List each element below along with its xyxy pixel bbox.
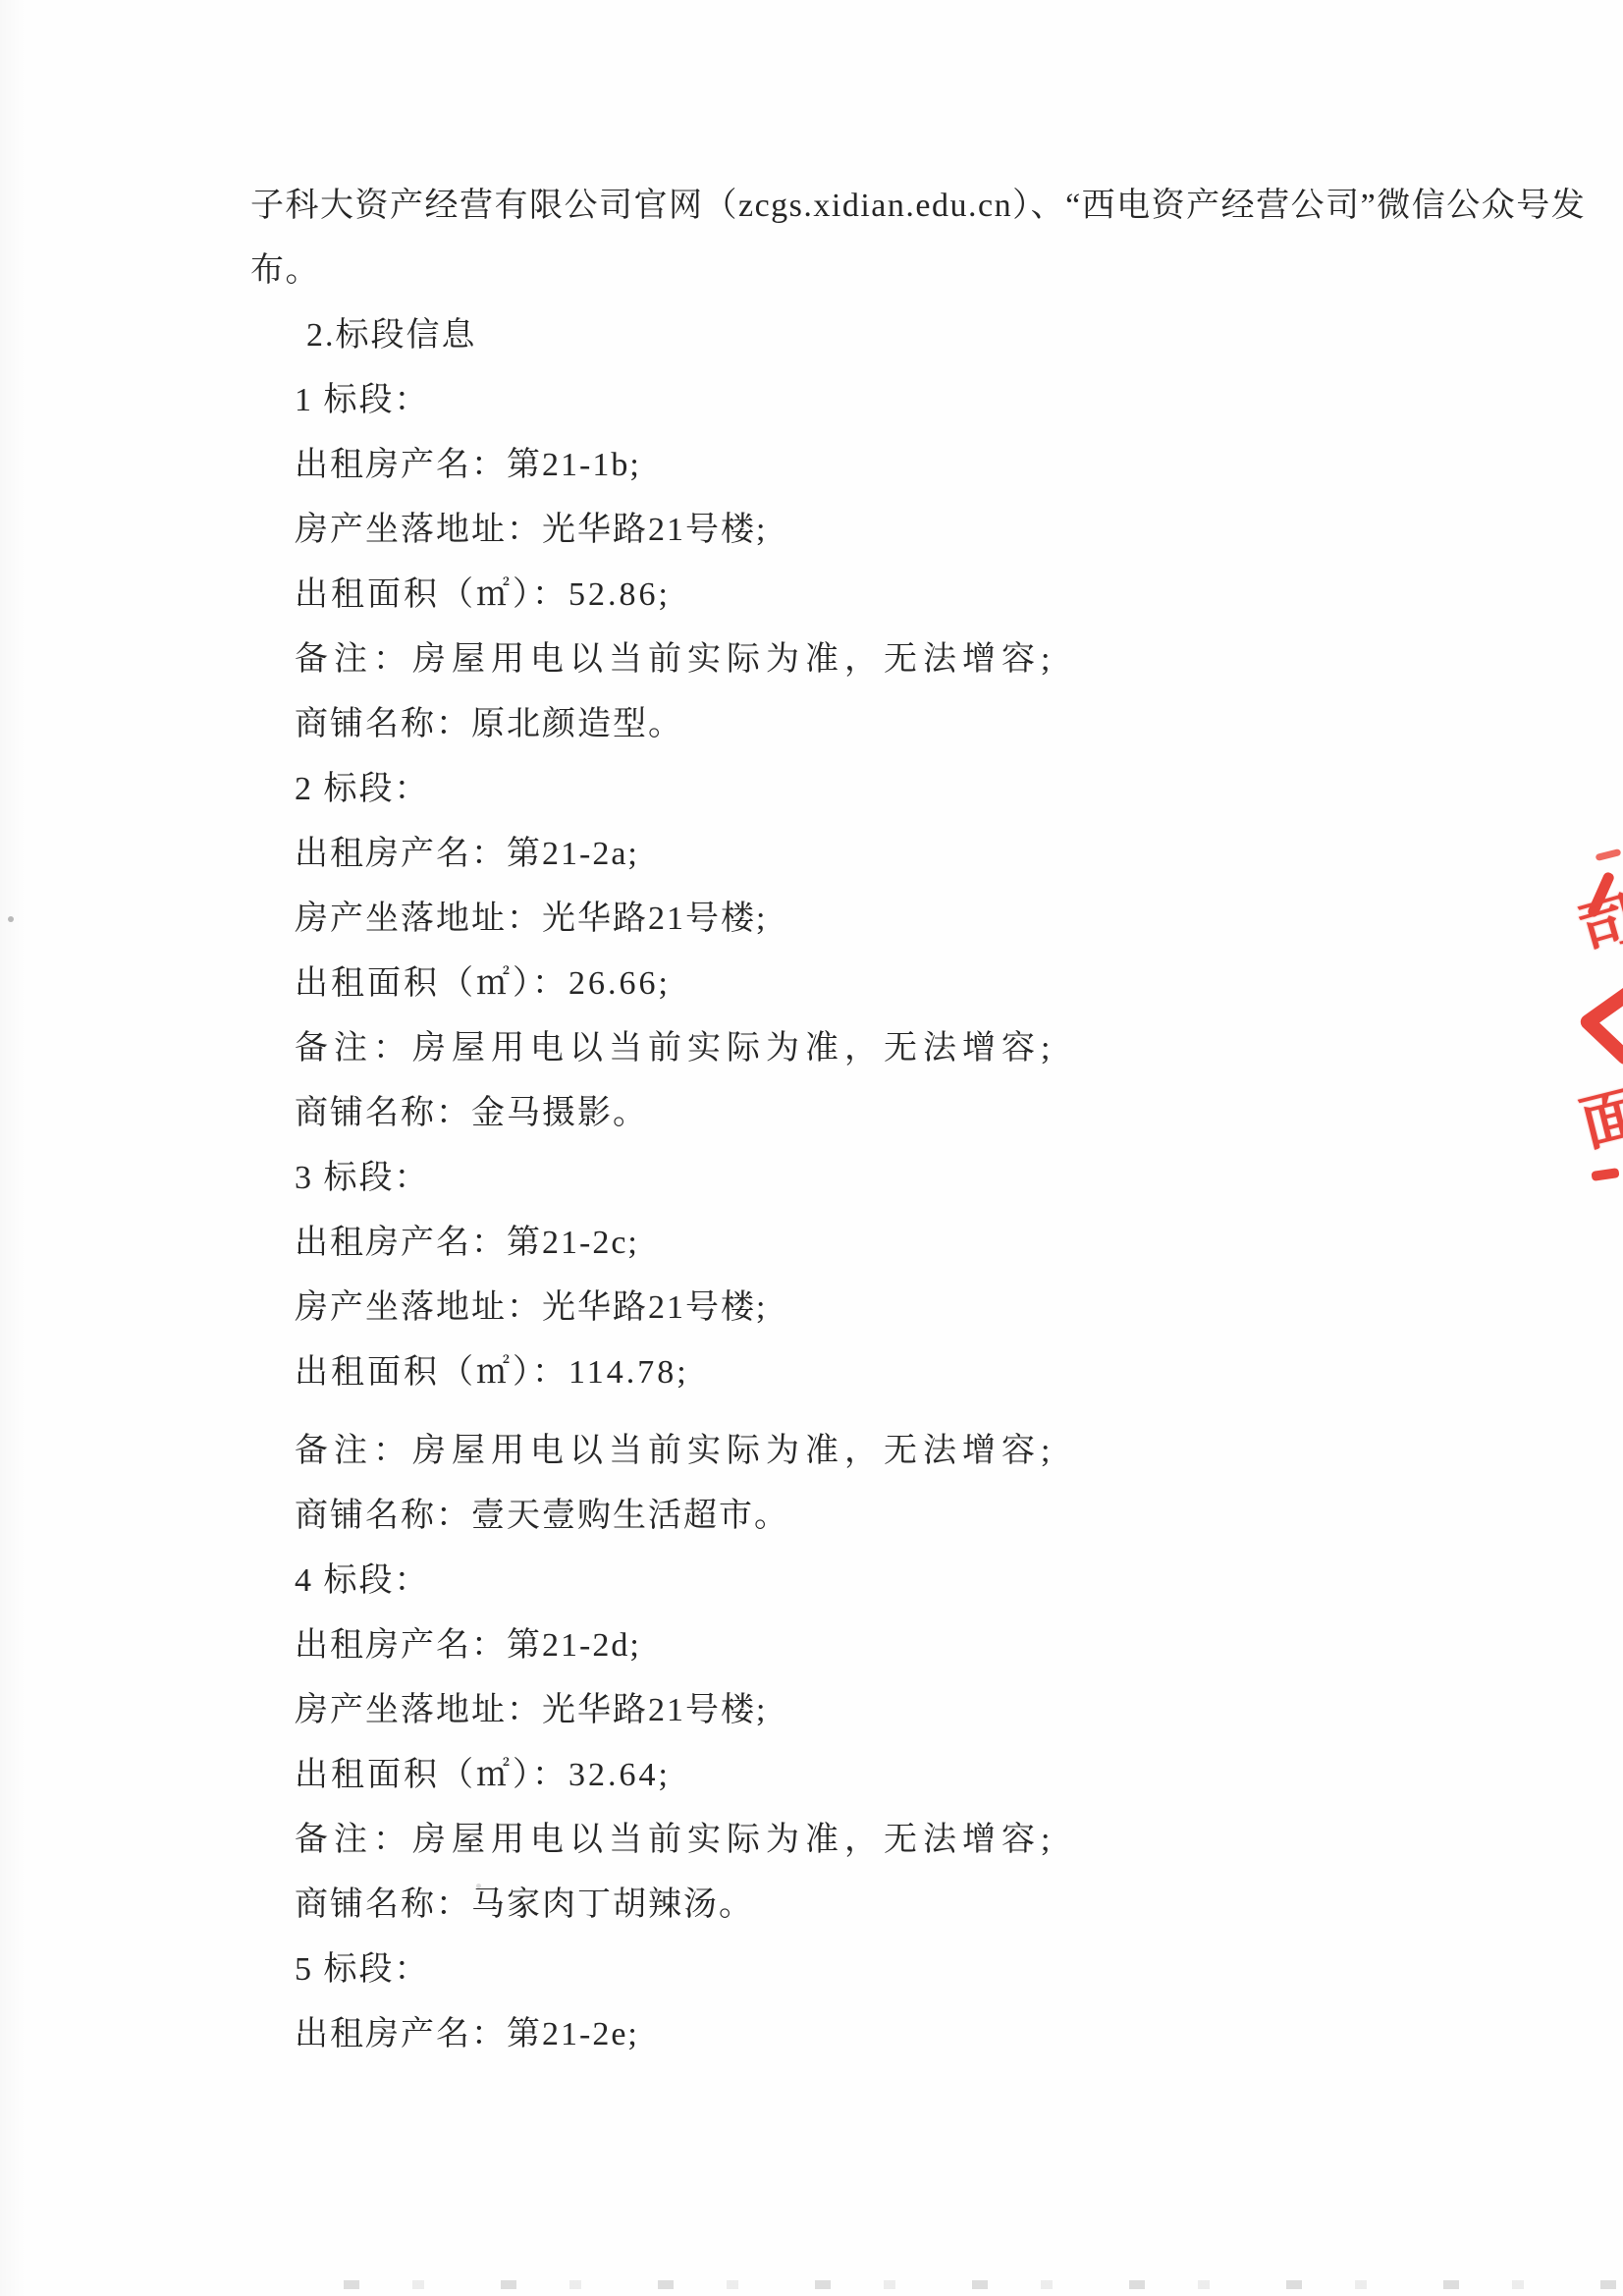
lot-area: 出租面积（㎡）：114.78;: [0, 1336, 1623, 1400]
lot-note: 备注：房屋用电以当前实际为准，无法增容;: [0, 1803, 1623, 1868]
lot-property-name: 出租房产名：第21-2e;: [0, 1997, 1623, 2062]
lot-property-name: 出租房产名：第21-2c;: [0, 1206, 1623, 1271]
lot-shop-name: 商铺名称：马家肉丁胡辣汤。: [0, 1868, 1623, 1933]
lot-area: 出租面积（㎡）：52.86;: [0, 558, 1623, 623]
lot-title: 2 标段：: [0, 752, 1623, 817]
intro-line-2: 布。: [0, 234, 1623, 299]
lot-title: 3 标段：: [0, 1141, 1623, 1206]
lot-shop-name: 商铺名称：壹天壹购生活超市。: [0, 1479, 1623, 1544]
document-page: 子科大资产经营有限公司官网（zcgs.xidian.edu.cn）、“西电资产经…: [0, 0, 1623, 2296]
lot-area: 出租面积（㎡）：26.66;: [0, 947, 1623, 1011]
lot-address: 房产坐落地址：光华路21号楼;: [0, 493, 1623, 558]
lot-title: 4 标段：: [0, 1544, 1623, 1609]
lot-address: 房产坐落地址：光华路21号楼;: [0, 882, 1623, 947]
lot-area: 出租面积（㎡）：32.64;: [0, 1738, 1623, 1803]
scan-speck: [8, 916, 14, 922]
lot-title: 5 标段：: [0, 1933, 1623, 1997]
lot-note: 备注：房屋用电以当前实际为准，无法增容;: [0, 1011, 1623, 1076]
lot-property-name: 出租房产名：第21-2d;: [0, 1609, 1623, 1673]
section-heading: 2.标段信息: [0, 299, 1623, 363]
lot-shop-name: 商铺名称：金马摄影。: [0, 1076, 1623, 1141]
lot-note: 备注：房屋用电以当前实际为准，无法增容;: [0, 1414, 1623, 1479]
intro-line-1: 子科大资产经营有限公司官网（zcgs.xidian.edu.cn）、“西电资产经…: [0, 169, 1623, 234]
scan-speck: [476, 1884, 481, 1888]
lot-title: 1 标段：: [0, 363, 1623, 428]
lot-property-name: 出租房产名：第21-1b;: [0, 428, 1623, 493]
lot-note: 备注：房屋用电以当前实际为准，无法增容;: [0, 623, 1623, 687]
lot-address: 房产坐落地址：光华路21号楼;: [0, 1271, 1623, 1336]
scan-noise-bottom-edge: [344, 2280, 1623, 2289]
lot-address: 房产坐落地址：光华路21号楼;: [0, 1673, 1623, 1738]
document-body: 子科大资产经营有限公司官网（zcgs.xidian.edu.cn）、“西电资产经…: [0, 0, 1623, 2062]
lot-shop-name: 商铺名称：原北颜造型。: [0, 687, 1623, 752]
lot-property-name: 出租房产名：第21-2a;: [0, 817, 1623, 882]
